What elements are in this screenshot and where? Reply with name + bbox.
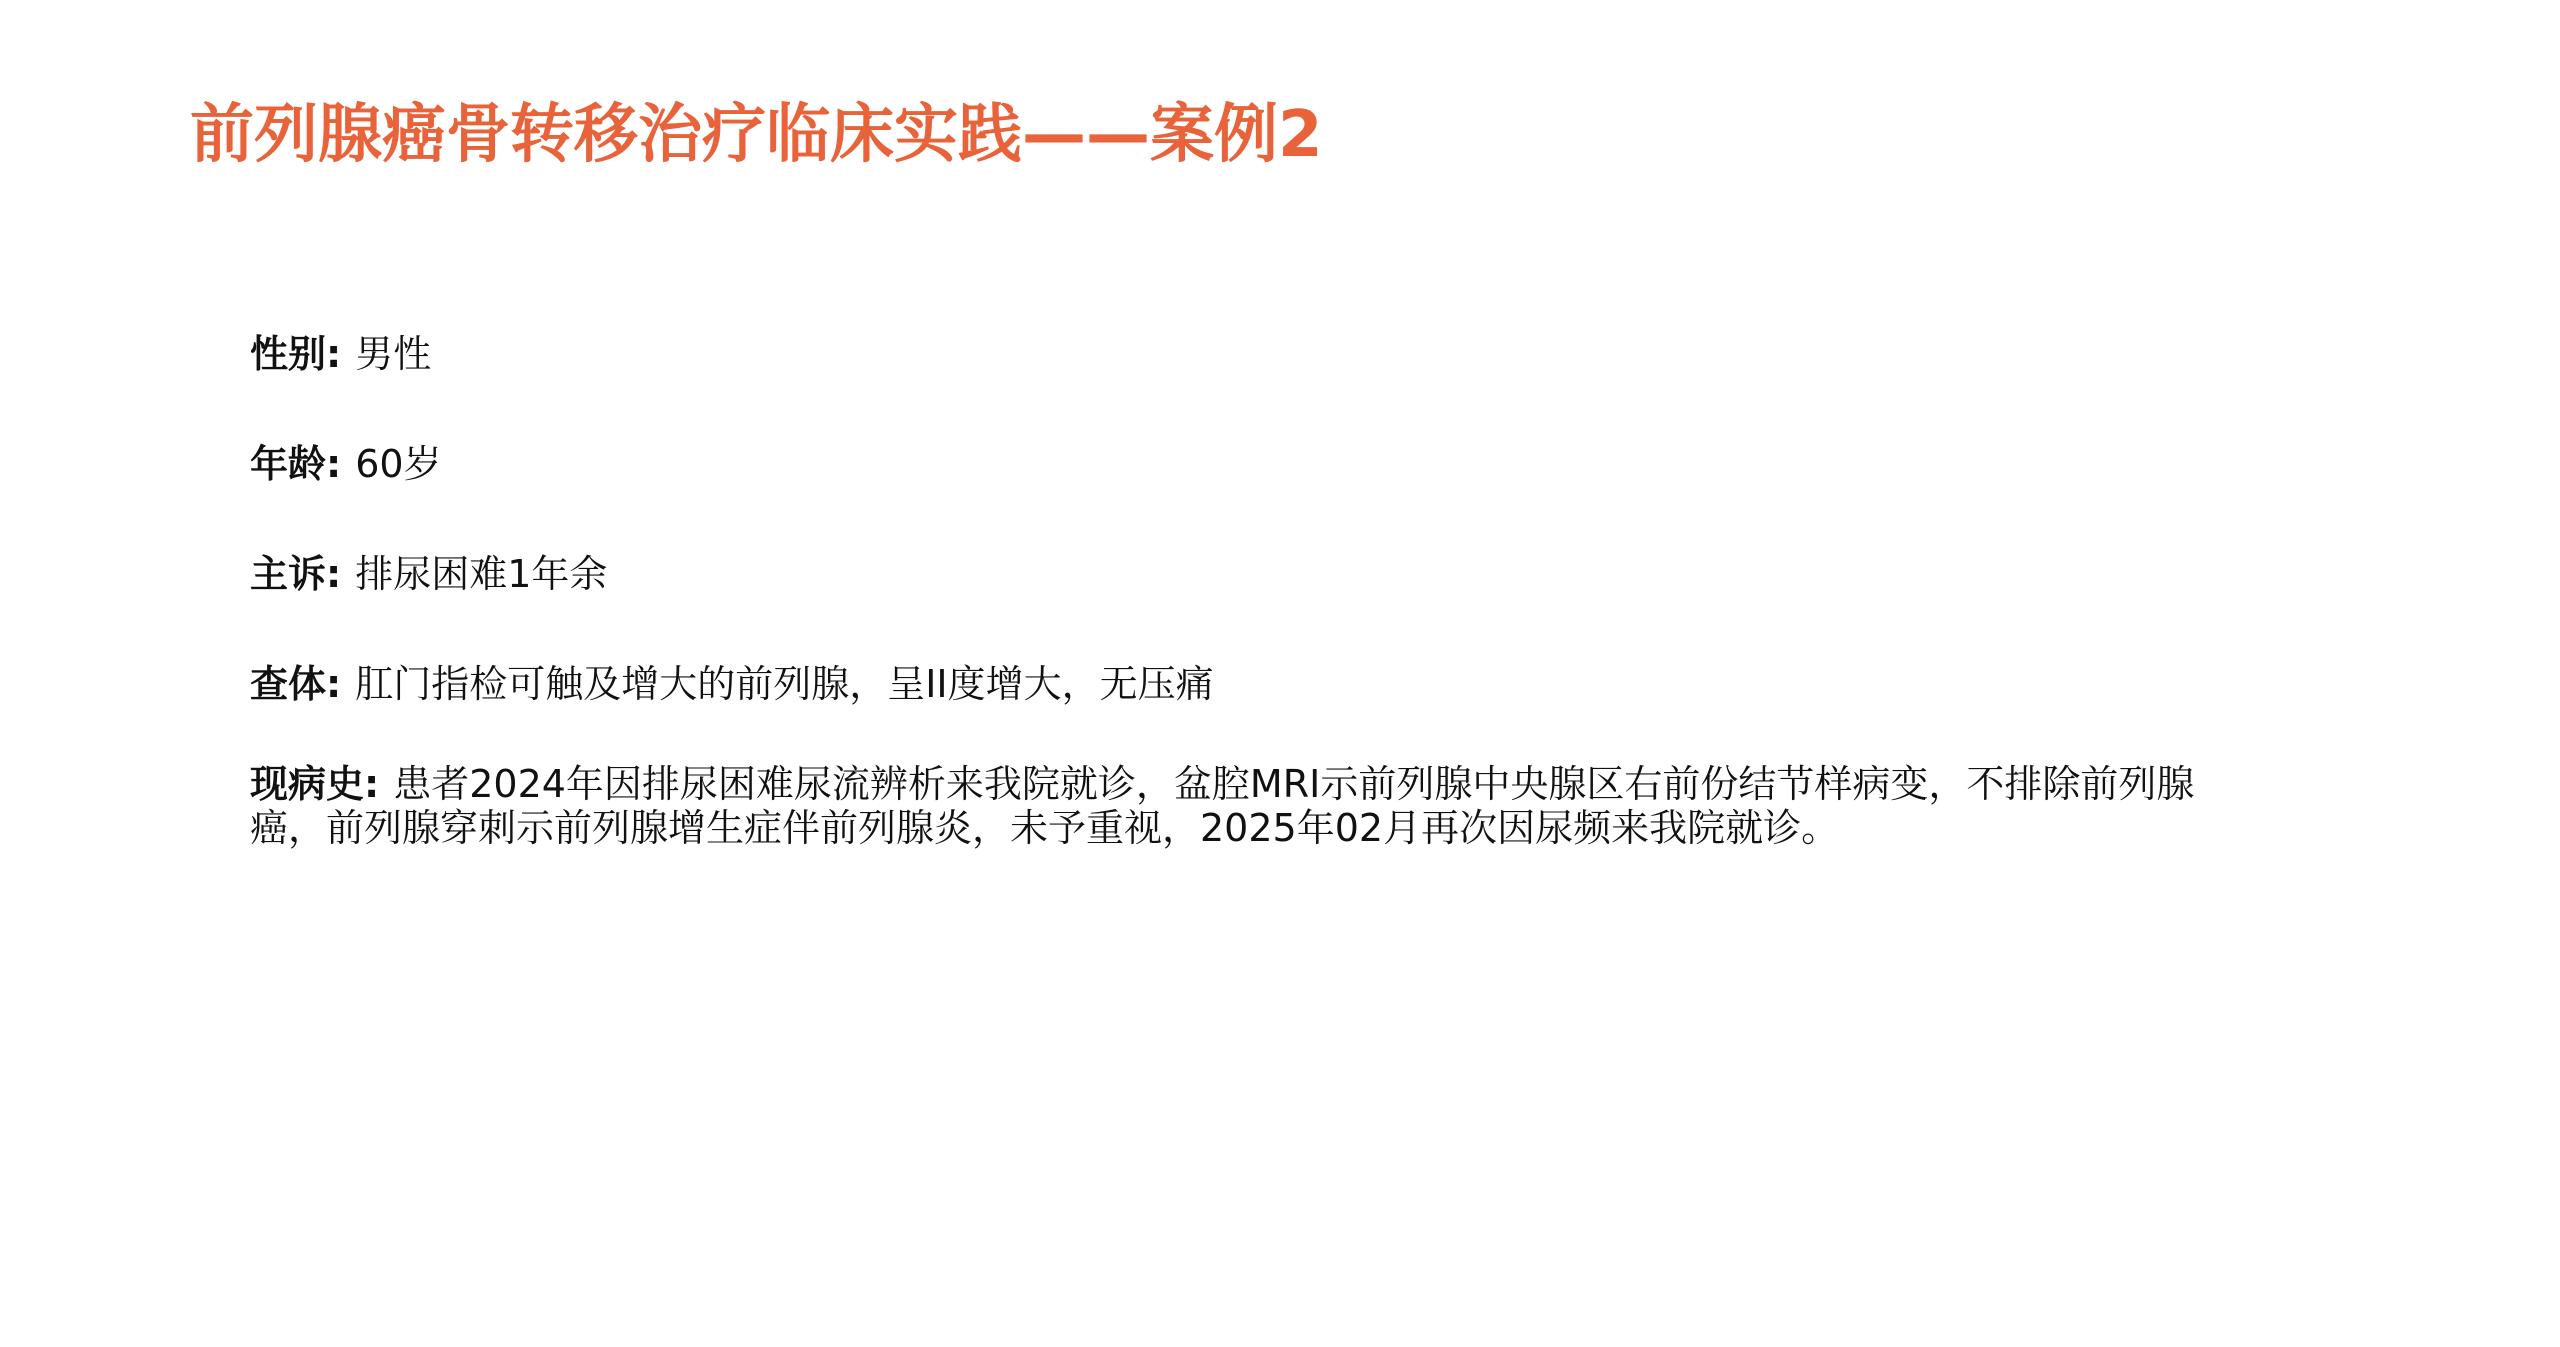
- field-label: 现病史: [250, 762, 364, 806]
- field-value: 排尿困难1年余: [355, 552, 607, 596]
- field-separator: :: [364, 762, 379, 806]
- field-label: 查体: [250, 662, 326, 706]
- field-value: 患者2024年因排尿困难尿流辨析来我院就诊，盆腔MRI示前列腺中央腺区右前份结节…: [250, 762, 2194, 850]
- field-label: 年龄: [250, 442, 326, 486]
- field-gender: 性别:男性: [250, 328, 2240, 380]
- field-value: 肛门指检可触及增大的前列腺，呈II度增大，无压痛: [355, 662, 1213, 706]
- field-chief-complaint: 主诉:排尿困难1年余: [250, 548, 2240, 600]
- field-age: 年龄:60岁: [250, 438, 2240, 490]
- field-value: 男性: [355, 332, 431, 376]
- field-separator: :: [326, 332, 341, 376]
- field-label: 主诉: [250, 552, 326, 596]
- slide-title: 前列腺癌骨转移治疗临床实践——案例2: [190, 92, 1323, 178]
- slide: 前列腺癌骨转移治疗临床实践——案例2 性别:男性 年龄:60岁 主诉:排尿困难1…: [0, 0, 2560, 1347]
- field-separator: :: [326, 552, 341, 596]
- field-separator: :: [326, 442, 341, 486]
- field-physical-exam: 查体:肛门指检可触及增大的前列腺，呈II度增大，无压痛: [250, 658, 2240, 710]
- field-separator: :: [326, 662, 341, 706]
- field-present-illness: 现病史:患者2024年因排尿困难尿流辨析来我院就诊，盆腔MRI示前列腺中央腺区右…: [250, 762, 2240, 850]
- patient-info: 性别:男性 年龄:60岁 主诉:排尿困难1年余 查体:肛门指检可触及增大的前列腺…: [250, 328, 2240, 908]
- field-value: 60岁: [355, 442, 441, 486]
- field-label: 性别: [250, 332, 326, 376]
